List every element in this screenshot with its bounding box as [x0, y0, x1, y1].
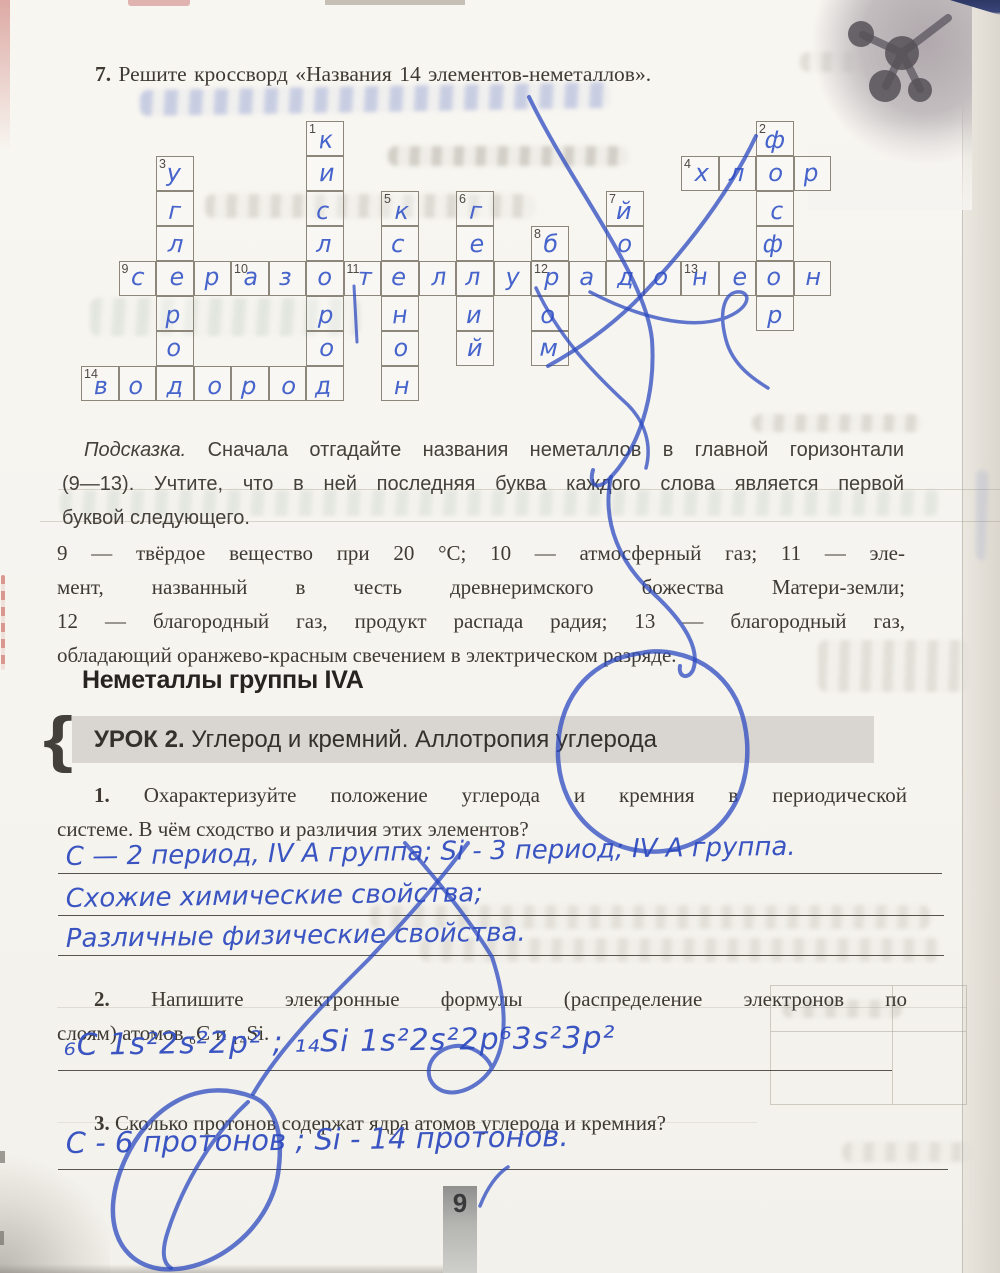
crossword-cell: о [606, 226, 644, 261]
crossword-cell: с [756, 191, 794, 226]
crossword-letter: и [456, 298, 492, 332]
crossword-letter: й [457, 331, 493, 364]
crossword-cell: л [156, 226, 194, 261]
bleed-through-smudge [140, 82, 610, 116]
crossword-cell: о [381, 331, 419, 366]
crossword-letter: з [268, 260, 304, 293]
crossword-cell: р [756, 296, 794, 331]
crossword-letter: о [156, 331, 192, 365]
crossword-letter: л [306, 227, 342, 260]
hint-paragraph: Подсказка. Сначала отгадайте названия не… [62, 433, 904, 535]
crossword-cell: м [531, 331, 569, 366]
crossword-letter: л [157, 226, 194, 261]
crossword-letter: р [193, 259, 230, 293]
crossword-cell: о [269, 366, 307, 401]
crossword-letter: с [758, 193, 795, 228]
crossword-cell: 14в [81, 366, 119, 401]
crossword-cell: е [381, 261, 419, 296]
crossword-cell: о [756, 261, 794, 296]
handwritten-answer: С - 6 протонов ; Si - 14 протонов. [66, 1119, 569, 1160]
task7-title: 7. Решите кроссворд «Названия 14 элемент… [58, 62, 758, 87]
crossword-cell: р [194, 261, 232, 296]
crossword-cell: о [306, 261, 344, 296]
crossword-letter: к [307, 122, 344, 157]
crossword-cell: 13н [681, 261, 719, 296]
crossword-letter: б [533, 227, 569, 261]
crossword-letter: е [458, 226, 495, 261]
scan-edge-artifact [128, 0, 190, 6]
scan-edge-artifact [0, 1264, 470, 1273]
crossword-letter: и [308, 155, 345, 189]
crossword-cell: о [644, 261, 682, 296]
crossword-cell: 5к [381, 191, 419, 226]
crossword-cell: р [306, 296, 344, 331]
crossword-cell: с [306, 191, 344, 226]
crossword-letter: ф [754, 226, 791, 260]
task7-text: Решите кроссворд «Названия 14 элементов-… [119, 62, 652, 86]
crossword-cell: о [119, 366, 157, 401]
crossword-cell: с [381, 226, 419, 261]
workbook-page: 7. Решите кроссворд «Названия 14 элемент… [0, 0, 1000, 1273]
crossword-cell: е [719, 261, 757, 296]
crossword-letter: о [117, 369, 153, 403]
crossword-cell: о [756, 156, 794, 191]
crossword-cell: д [606, 261, 644, 296]
red-margin-mark [1, 575, 5, 670]
crossword-letter: о [270, 368, 307, 403]
crossword-cell: е [156, 261, 194, 296]
crossword-cell: 11т [344, 261, 382, 296]
scan-edge-artifact [0, 1231, 4, 1245]
crossword-cell: а [569, 261, 607, 296]
crossword-cell: 7й [606, 191, 644, 226]
crossword-letter: у [156, 156, 192, 190]
lesson-title: Углерод и кремний. Аллотропия углерода [185, 726, 657, 753]
bleed-through-smudge [976, 470, 988, 560]
crossword-letter: й [606, 194, 642, 227]
crossword-cell: 10а [231, 261, 269, 296]
handwritten-answer: Схожие химические свойства; [66, 878, 484, 914]
crossword-cell: о [531, 296, 569, 331]
crossword-letter: р [792, 155, 829, 190]
crossword-grid: 1к2ф3уи4хлоргс5к6г7йсллсе8боф9сер10азо11… [81, 121, 833, 403]
crossword-cell: и [306, 156, 344, 191]
crossword-letter: р [230, 368, 267, 402]
crossword-letter: н [384, 369, 420, 403]
crossword-cell: 8б [531, 226, 569, 261]
crossword-cell: е [456, 226, 494, 261]
crossword-cell: о [306, 331, 344, 366]
crossword-cell: н [381, 366, 419, 401]
crossword-letter: о [382, 330, 419, 364]
crossword-cell: л [456, 261, 494, 296]
crossword-letter: л [454, 259, 491, 293]
crossword-letter: р [757, 298, 793, 331]
crossword-letter: н [796, 260, 832, 293]
crossword-cell: н [381, 296, 419, 331]
crossword-cell: о [156, 331, 194, 366]
crossword-cell: 1к [306, 121, 344, 156]
crossword-cell: д [306, 366, 344, 401]
crossword-letter: м [530, 330, 567, 364]
lesson-bracket-icon: { [43, 704, 73, 775]
clues-paragraph: 9 — твёрдое вещество при 20 °С; 10 — атм… [57, 536, 905, 672]
crossword-letter: л [718, 155, 755, 189]
crossword-cell: р [156, 296, 194, 331]
crossword-letter: е [721, 259, 758, 293]
crossword-letter: т [346, 259, 383, 293]
crossword-cell: 2ф [756, 121, 794, 156]
hint-lead: Подсказка. [84, 439, 186, 461]
crossword-letter: о [530, 298, 566, 332]
crossword-letter: н [381, 297, 418, 332]
crossword-cell: л [306, 226, 344, 261]
crossword-letter: н [681, 259, 718, 294]
crossword-letter: л [420, 259, 457, 294]
crossword-letter: г [156, 193, 193, 227]
crossword-letter: с [305, 194, 341, 228]
crossword-cell: р [794, 156, 832, 191]
crossword-letter: о [642, 259, 679, 294]
crossword-cell: ф [756, 226, 794, 261]
crossword-letter: ф [756, 122, 793, 156]
crossword-cell: и [456, 296, 494, 331]
crossword-letter: р [534, 260, 570, 293]
crossword-cell: д [156, 366, 194, 401]
crossword-letter: о [757, 155, 794, 190]
lesson-banner: УРОК 2. Углерод и кремний. Аллотропия уг… [72, 716, 874, 763]
crossword-letter: р [154, 297, 191, 331]
crossword-cell: 6г [456, 191, 494, 226]
task7-number: 7. [95, 62, 111, 86]
crossword-letter: х [684, 156, 720, 190]
bleed-through-smudge [752, 414, 922, 432]
crossword-letter: а [568, 260, 604, 294]
crossword-cell: л [419, 261, 457, 296]
handwritten-answer: Различные физические свойства. [66, 918, 526, 954]
crossword-cell: г [156, 191, 194, 226]
crossword-cell: о [194, 366, 232, 401]
crossword-letter: д [304, 368, 341, 403]
crossword-letter: р [307, 297, 344, 331]
crossword-letter: в [82, 368, 119, 402]
crossword-letter: с [119, 259, 156, 294]
crossword-cell: й [456, 331, 494, 366]
scan-edge-artifact [0, 1151, 5, 1163]
crossword-cell: у [494, 261, 532, 296]
scan-edge-artifact [325, 0, 465, 5]
crossword-letter: о [756, 260, 792, 294]
crossword-letter: у [494, 260, 530, 294]
crossword-letter: е [380, 259, 417, 294]
crossword-letter: г [457, 193, 494, 228]
crossword-cell: р [231, 366, 269, 401]
crossword-letter: д [607, 259, 644, 293]
lesson-label: УРОК 2. [94, 726, 185, 753]
crossword-cell: 9с [119, 261, 157, 296]
crossword-letter: о [308, 330, 345, 365]
crossword-letter: с [379, 226, 416, 260]
crossword-cell: 12р [531, 261, 569, 296]
crossword-cell: з [269, 261, 307, 296]
crossword-letter: а [233, 260, 269, 294]
page-number: 9 [453, 1188, 467, 1218]
crossword-cell: л [719, 156, 757, 191]
crossword-letter: о [196, 369, 232, 403]
crossword-letter: к [384, 194, 420, 228]
crossword-letter: о [607, 227, 643, 261]
crossword-cell: 3у [156, 156, 194, 191]
crossword-letter: о [307, 260, 343, 294]
crossword-letter: д [157, 369, 193, 402]
scan-edge-artifact [0, 0, 10, 150]
crossword-cell: 4х [681, 156, 719, 191]
section-heading: Неметаллы группы IVA [82, 666, 363, 695]
crossword-cell: н [794, 261, 832, 296]
page-number-tab: 9 [443, 1186, 477, 1273]
crossword-letter: е [158, 259, 195, 294]
